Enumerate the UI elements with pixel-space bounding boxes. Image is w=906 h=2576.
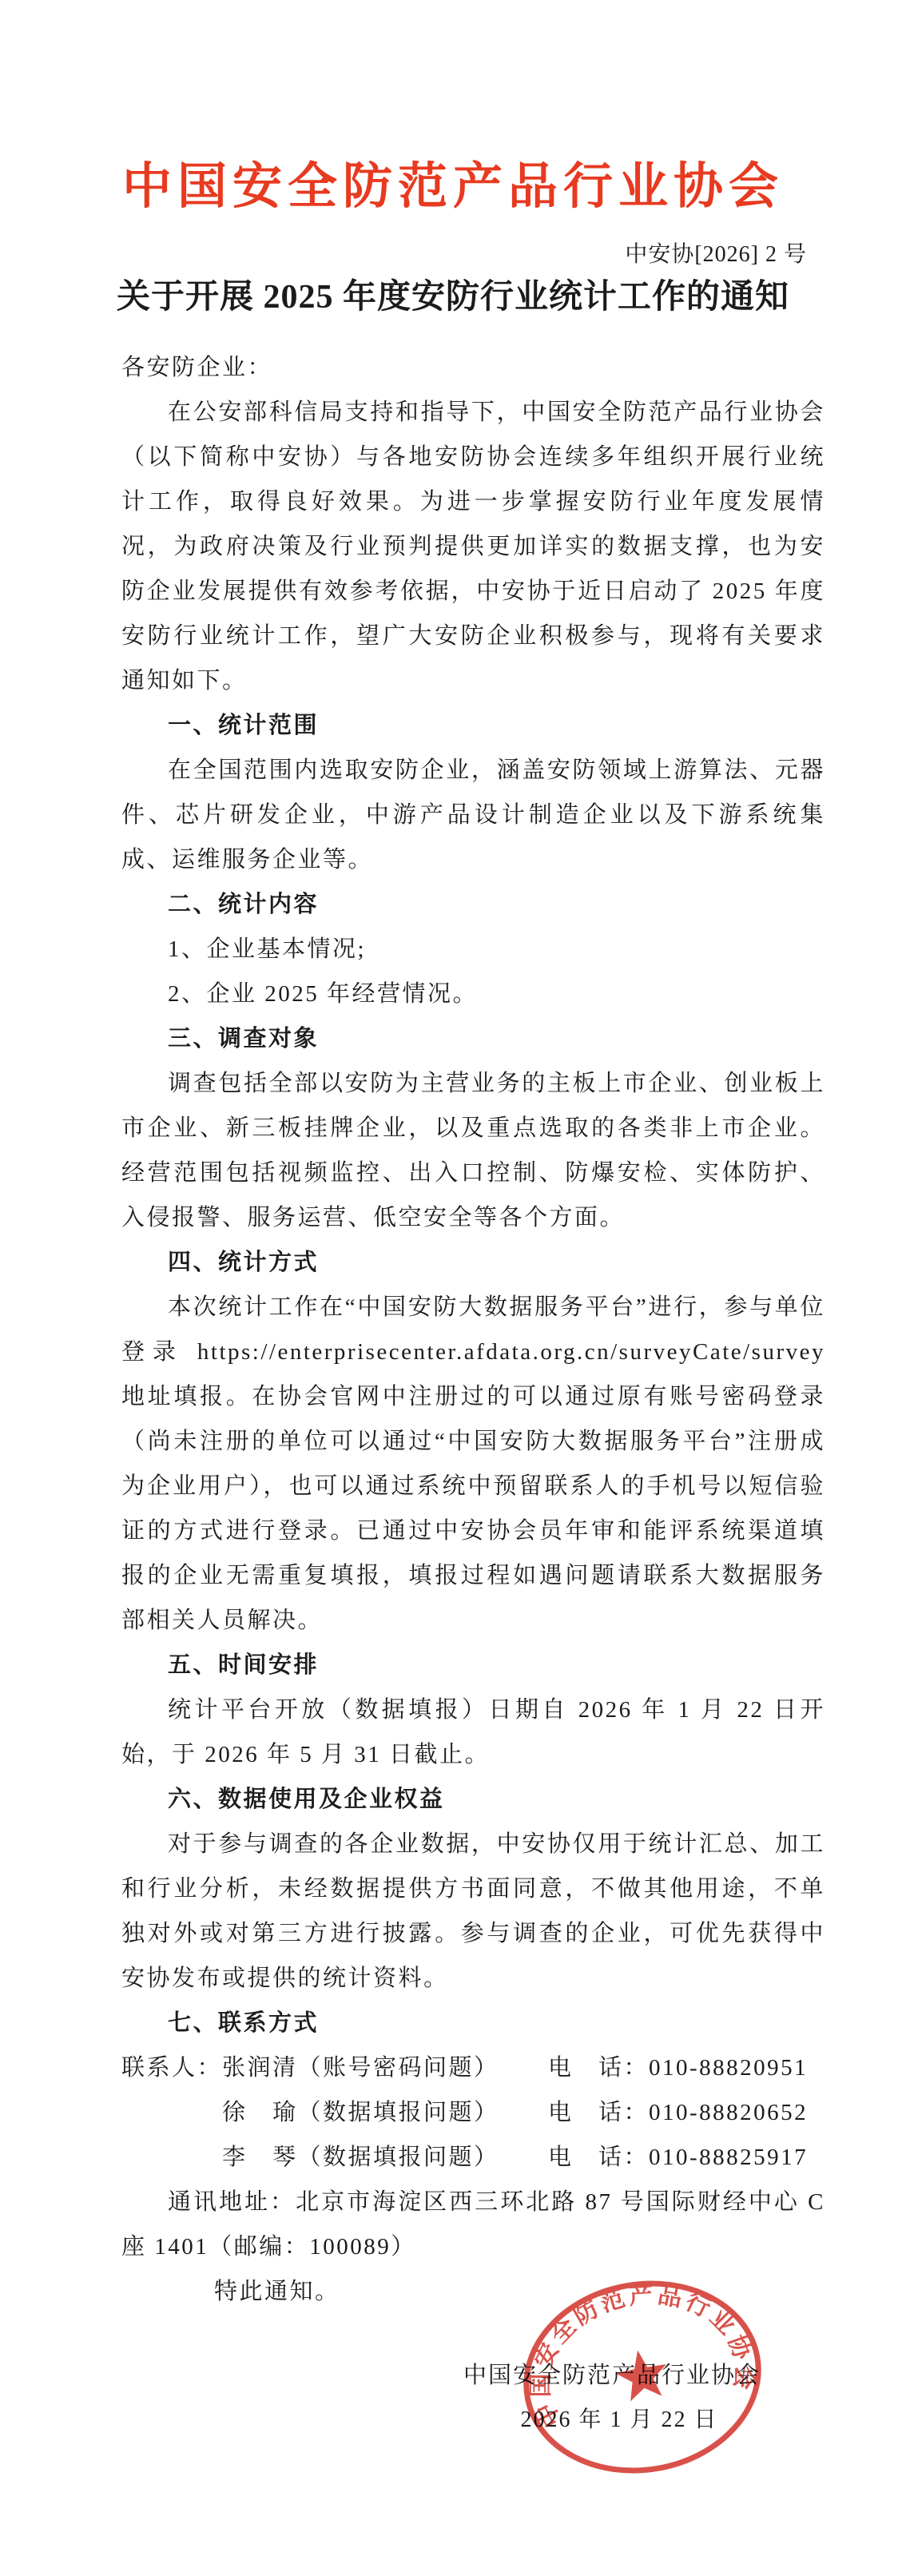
section-3-paragraph: 调查包括全部以安防为主营业务的主板上市企业、创业板上市企业、新三板挂牌企业，以及…	[121, 1061, 825, 1240]
contact-note: （数据填报问题）	[298, 2145, 499, 2170]
contact-phone: 电 话：010-88820652	[548, 2090, 808, 2135]
contact-name: 徐 瑜	[222, 2100, 298, 2125]
section-2-item-2: 2、企业 2025 年经营情况。	[121, 972, 825, 1016]
section-2-heading: 二、统计内容	[121, 882, 825, 927]
contact-name: 李 琴	[222, 2145, 298, 2170]
doc-title: 关于开展 2025 年度安防行业统计工作的通知	[0, 270, 906, 318]
phone-label: 电 话：	[548, 2100, 649, 2125]
address-paragraph: 通讯地址：北京市海淀区西三环北路 87 号国际财经中心 C 座 1401（邮编：…	[121, 2180, 825, 2269]
document-body: 各安防企业： 在公安部科信局支持和指导下，中国安全防范产品行业协会（以下简称中安…	[121, 345, 825, 2314]
contact-row: 李 琴（数据填报问题） 电 话：010-88825917	[121, 2135, 825, 2180]
contact-row: 联系人：张润清（账号密码问题） 电 话：010-88820951	[121, 2045, 825, 2090]
section-4-heading: 四、统计方式	[121, 1240, 825, 1285]
signature-org: 中国安全防范产品行业协会	[412, 2357, 812, 2390]
contact-note: （数据填报问题）	[298, 2100, 499, 2125]
section-1-paragraph: 在全国范围内选取安防企业，涵盖安防领域上游算法、元器件、芯片研发企业，中游产品设…	[121, 748, 825, 882]
phone-number: 010-88825917	[649, 2145, 808, 2170]
org-title: 中国安全防范产品行业协会	[0, 146, 906, 217]
phone-label: 电 话：	[548, 2145, 649, 2170]
section-5-heading: 五、时间安排	[121, 1643, 825, 1688]
document-page: 中国安全防范产品行业协会 中安协[2026] 2 号 关于开展 2025 年度安…	[0, 0, 906, 2576]
signature-date: 2026 年 1 月 22 日	[419, 2402, 819, 2434]
phone-label: 电 话：	[548, 2055, 649, 2081]
section-1-heading: 一、统计范围	[121, 703, 825, 748]
section-7-heading: 七、联系方式	[121, 2001, 825, 2045]
section-3-heading: 三、调查对象	[121, 1016, 825, 1061]
section-2-item-1: 1、企业基本情况;	[121, 927, 825, 972]
section-4-paragraph: 本次统计工作在“中国安防大数据服务平台”进行，参与单位登录 https://en…	[121, 1285, 825, 1643]
section-6-paragraph: 对于参与调查的各企业数据，中安协仅用于统计汇总、加工和行业分析，未经数据提供方书…	[121, 1822, 825, 2001]
phone-number: 010-88820951	[649, 2055, 808, 2081]
contact-row: 徐 瑜（数据填报问题） 电 话：010-88820652	[121, 2090, 825, 2135]
contact-phone: 电 话：010-88820951	[548, 2045, 808, 2090]
closing-line: 特此通知。	[121, 2269, 825, 2314]
section-6-heading: 六、数据使用及企业权益	[121, 1777, 825, 1822]
contact-name: 张润清	[222, 2055, 298, 2081]
contact-phone: 电 话：010-88825917	[548, 2135, 808, 2180]
phone-number: 010-88820652	[649, 2100, 808, 2125]
section-5-paragraph: 统计平台开放（数据填报）日期自 2026 年 1 月 22 日开始，于 2026…	[121, 1688, 825, 1777]
contact-note: （账号密码问题）	[298, 2055, 499, 2081]
intro-paragraph: 在公安部科信局支持和指导下，中国安全防范产品行业协会（以下简称中安协）与各地安防…	[121, 390, 825, 703]
contact-label: 联系人：	[121, 2055, 222, 2081]
doc-number: 中安协[2026] 2 号	[625, 237, 807, 268]
salutation: 各安防企业：	[121, 345, 825, 390]
